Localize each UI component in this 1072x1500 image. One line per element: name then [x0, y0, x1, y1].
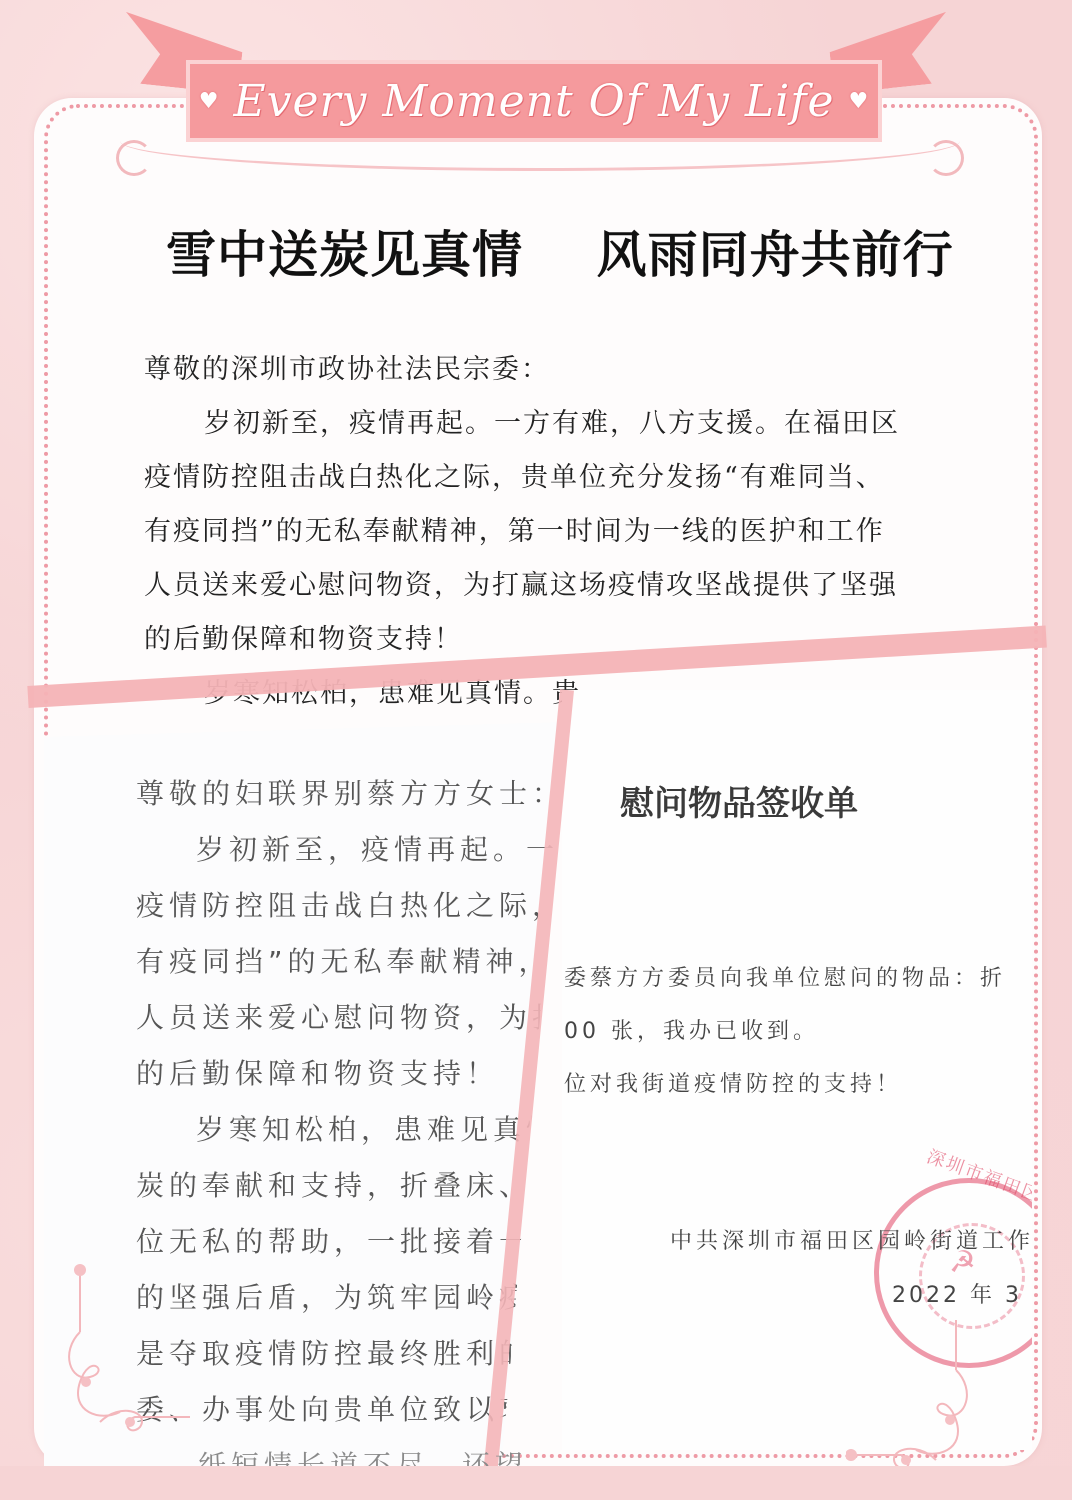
body-line: 的后勤保障和物资支持！: [136, 1046, 564, 1102]
banner-title: Every Moment Of My Life: [233, 76, 834, 127]
letter-photo-bottom-left: 尊敬的妇联界别蔡方方女士： 岁初新至，疫情再起。一方 疫情防控阻击战白热化之际，…: [44, 722, 564, 1466]
body-line: 岁初新至，疫情再起。一方有难，八方支援。在福田区: [144, 397, 944, 451]
salutation: 尊敬的深圳市政协社法民宗委：: [144, 343, 944, 397]
organization-signature: 中共深圳市福田区园岭街道工作: [670, 1224, 1032, 1255]
title-banner: ♥ Every Moment Of My Life ♥: [186, 60, 882, 142]
body-line: 人员送来爱心慰问物资，为打赢: [136, 990, 564, 1046]
body-line: 人员送来爱心慰问物资，为打赢这场疫情攻坚战提供了坚强: [144, 559, 944, 613]
body-line: 有疫同挡”的无私奉献精神，第一时间为一线的医护和工作: [144, 505, 944, 559]
swirl-left-icon: [116, 140, 152, 176]
salutation: 尊敬的妇联界别蔡方方女士：: [136, 766, 564, 822]
body-line: 炭的奉献和支持，折叠床、椅: [136, 1158, 564, 1214]
receipt-photo: 慰问物品签收单 委蔡方方委员向我单位慰问的物品：折 00 张，我办已收到。 位对…: [562, 690, 1032, 1450]
body-line: 位无私的帮助，一批接着一批: [136, 1214, 564, 1270]
official-seal-icon: 深圳市福田区园岭街道工作委员会 ☭: [874, 1178, 1032, 1368]
receipt-body: 委蔡方方委员向我单位慰问的物品：折 00 张，我办已收到。 位对我街道疫情防控的…: [564, 952, 1006, 1111]
body-line: 岁寒知松柏，患难见真情: [136, 1102, 564, 1158]
heart-icon: ♥: [199, 89, 220, 114]
cut-off-line: 纸短情长道不尽，还望: [198, 1444, 528, 1466]
receipt-line: 00 张，我办已收到。: [564, 1005, 1006, 1058]
body-line: 疫情防控阻击战白热化之际，贵: [136, 878, 564, 934]
receipt-line: 位对我街道疫情防控的支持！: [564, 1058, 1006, 1111]
body-line: 有疫同挡”的无私奉献精神，第: [136, 934, 564, 990]
receipt-title: 慰问物品签收单: [620, 776, 858, 825]
letter-title: 雪中送炭见真情 风雨同舟共前行: [166, 215, 954, 287]
swirl-right-icon: [928, 140, 964, 176]
receipt-line: 委蔡方方委员向我单位慰问的物品：折: [564, 952, 1006, 1005]
heart-icon: ♥: [849, 89, 870, 114]
body-line: 岁初新至，疫情再起。一方: [136, 822, 564, 878]
body-line: 疫情防控阻击战白热化之际，贵单位充分发扬“有难同当、: [144, 451, 944, 505]
bottom-background: [0, 1466, 1072, 1500]
letter-photo-top: 雪中送炭见真情 风雨同舟共前行 尊敬的深圳市政协社法民宗委： 岁初新至，疫情再起…: [60, 175, 1020, 715]
receipt-date: 2022 年 3 月: [892, 1278, 1032, 1309]
